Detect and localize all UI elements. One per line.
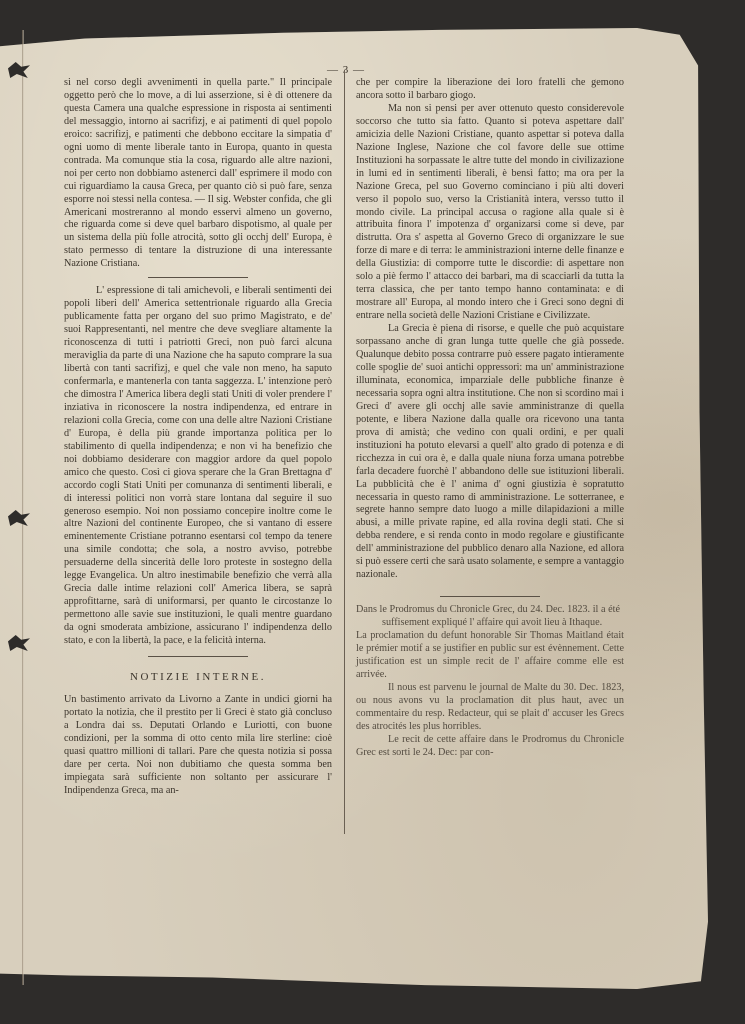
left-paragraph-1: si nel corso degli avvenimenti in quella…: [64, 77, 332, 271]
separator-rule: [148, 277, 248, 278]
right-paragraph-6: Le recit de cette affaire dans le Prodro…: [356, 734, 624, 760]
right-column: che per compire la liberazione dei loro …: [356, 77, 624, 760]
french-notice: Dans le Prodromus du Chronicle Grec, du …: [356, 604, 624, 630]
column-divider: [344, 70, 345, 834]
right-paragraph-2: Ma non si pensi per aver ottenuto questo…: [356, 103, 624, 323]
section-title-notizie-interne: NOTIZIE INTERNE.: [64, 671, 332, 684]
page-number: — 3 —: [327, 64, 365, 76]
right-paragraph-1: che per compire la liberazione dei loro …: [356, 77, 624, 103]
separator-rule: [440, 596, 540, 597]
left-column: si nel corso degli avvenimenti in quella…: [64, 77, 332, 798]
page-fold-line: [22, 30, 24, 985]
left-paragraph-2: L' espressione di tali amichevoli, e lib…: [64, 285, 332, 648]
right-paragraph-5: Il nous est parvenu le journal de Malte …: [356, 682, 624, 734]
separator-rule: [148, 656, 248, 657]
right-paragraph-3: La Grecia è piena di risorse, e quelle c…: [356, 323, 624, 582]
right-paragraph-4: La proclamation du defunt honorable Sir …: [356, 630, 624, 682]
left-paragraph-3: Un bastimento arrivato da Livorno a Zant…: [64, 694, 332, 798]
